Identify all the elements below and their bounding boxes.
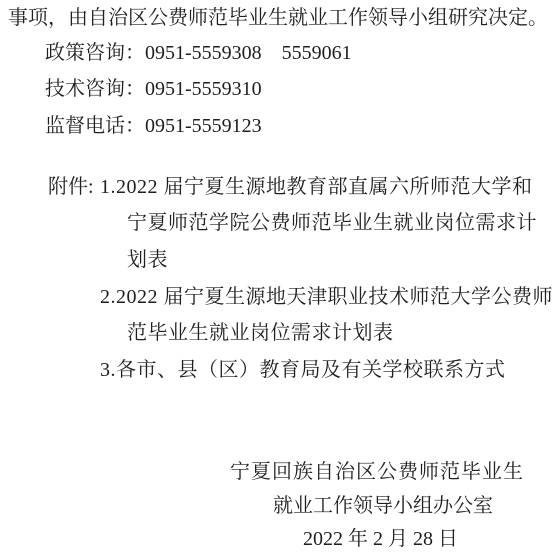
- document-page: 事项，由自治区公费师范毕业生就业工作领导小组研究决定。 政策咨询：0951-55…: [0, 0, 560, 559]
- contact-supervision-number: 0951-5559123: [145, 115, 262, 137]
- signature-org-line-2: 就业工作领导小组办公室: [273, 496, 493, 516]
- contact-policy-label: 政策咨询：: [45, 42, 145, 64]
- attachment-2-line-2: 范毕业生就业岗位需求计划表: [127, 323, 394, 343]
- contact-policy-number: 0951-5559308 5559061: [145, 42, 352, 64]
- contact-technical-number: 0951-5559310: [145, 78, 262, 100]
- signature-date: 2022 年 2 月 28 日: [303, 529, 458, 549]
- attachment-1-line-1: 1.2022 届宁夏生源地教育部直属六所师范大学和: [100, 177, 533, 197]
- contact-technical-label: 技术咨询：: [45, 78, 145, 100]
- attachment-1-line-2: 宁夏师范学院公费师范毕业生就业岗位需求计: [127, 213, 537, 233]
- attachment-2-line-1: 2.2022 届宁夏生源地天津职业技术师范大学公费师: [100, 287, 553, 307]
- attachments-label: 附件:: [48, 177, 94, 197]
- attachment-1-line-3: 划表: [127, 250, 168, 270]
- contact-line-technical: 技术咨询：0951-5559310: [45, 79, 262, 99]
- contact-line-supervision: 监督电话：0951-5559123: [45, 116, 262, 136]
- body-text-line: 事项，由自治区公费师范毕业生就业工作领导小组研究决定。: [8, 8, 548, 28]
- contact-supervision-label: 监督电话：: [45, 115, 145, 137]
- contact-line-policy: 政策咨询：0951-5559308 5559061: [45, 43, 352, 63]
- attachment-3-line-1: 3.各市、县（区）教育局及有关学校联系方式: [100, 360, 506, 380]
- signature-org-line-1: 宁夏回族自治区公费师范毕业生: [230, 462, 524, 482]
